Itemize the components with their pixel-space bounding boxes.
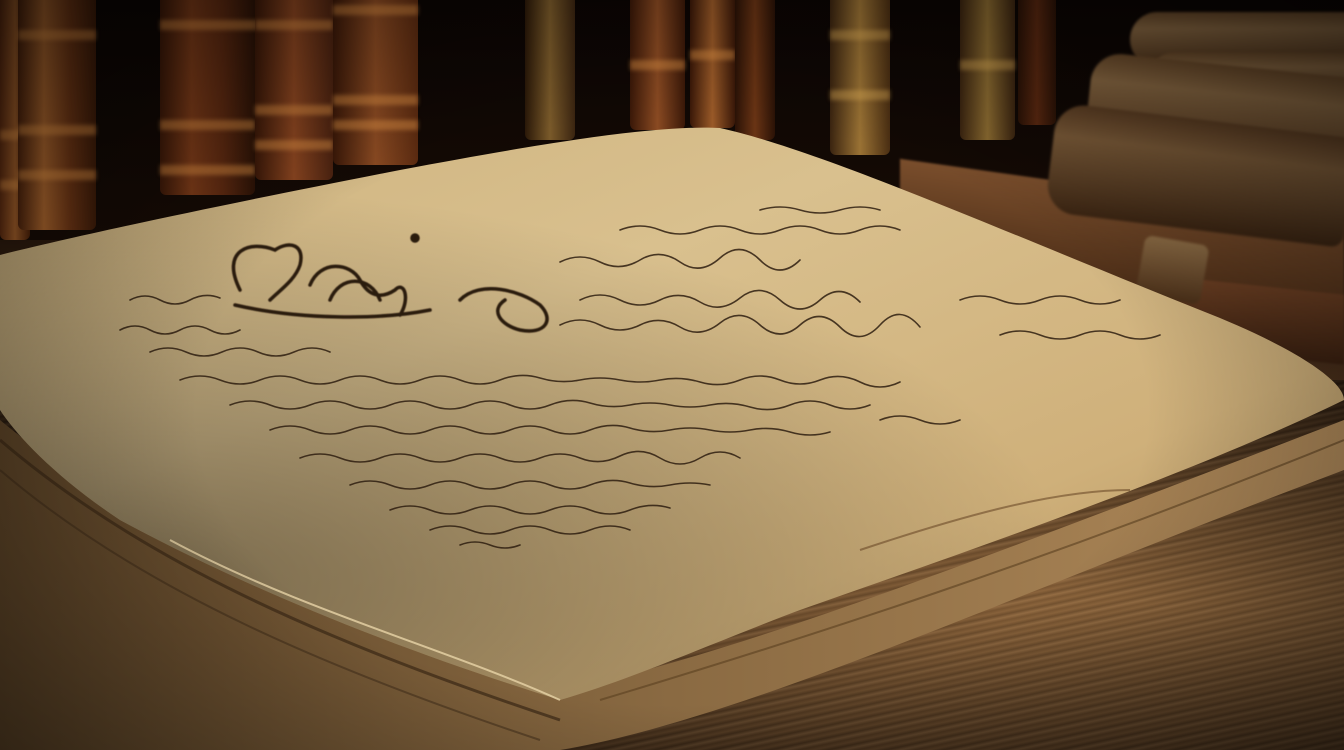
manuscript-scene: Aged handwritten manuscript with illegib… xyxy=(0,0,1344,750)
manuscript-illustration xyxy=(0,0,1344,750)
